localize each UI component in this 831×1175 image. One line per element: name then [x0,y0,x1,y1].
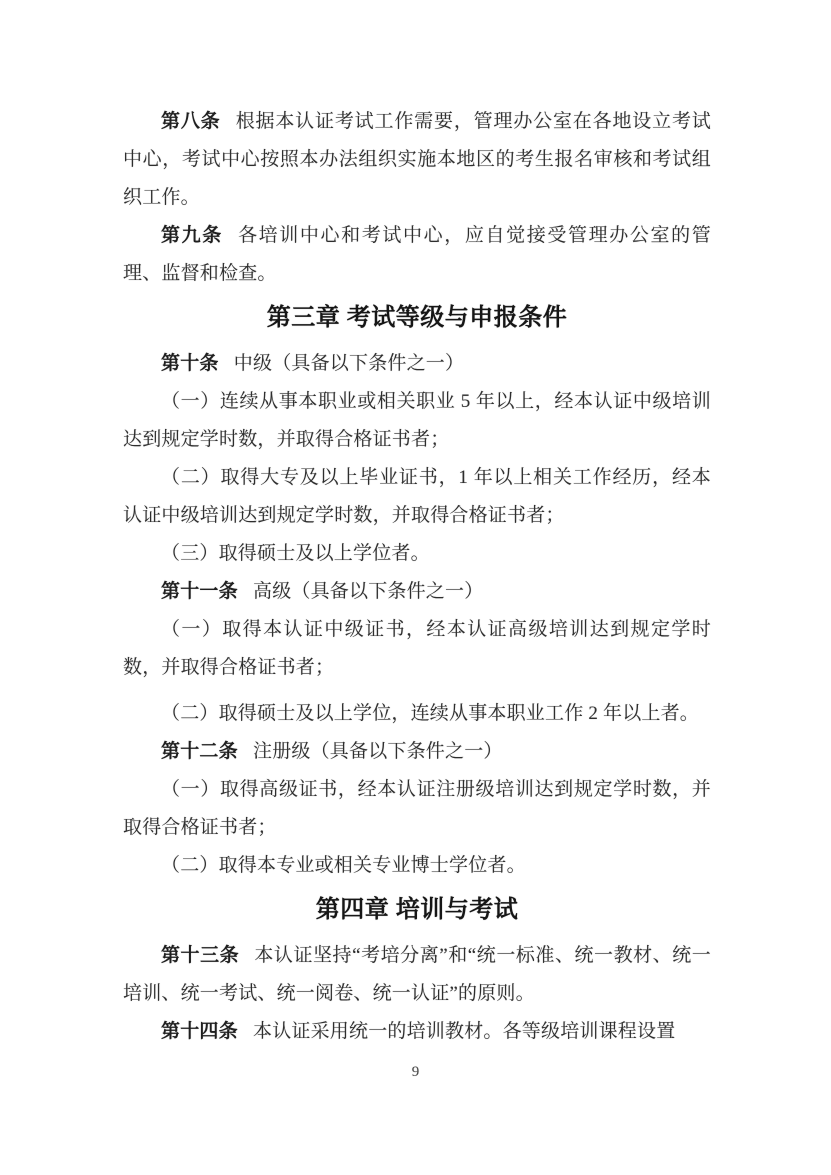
article-text: 本认证采用统一的培训教材。各等级培训课程设置 [253,1021,675,1042]
article-text: 注册级（具备以下条件之一） [253,741,503,762]
article-number: 第十三条 [161,945,239,966]
article-paragraph: 第八条根据本认证考试工作需要，管理办公室在各地设立考试中心，考试中心按照本办法组… [123,103,711,217]
article-paragraph: 第十一条高级（具备以下条件之一） [123,573,711,611]
article-paragraph: 第十条中级（具备以下条件之一） [123,345,711,383]
chapter-heading: 第四章 培训与考试 [123,890,711,930]
article-paragraph: 第十三条本认证坚持“考培分离”和“统一标准、统一教材、统一培训、统一考试、统一阅… [123,937,711,1013]
article-text: 高级（具备以下条件之一） [253,581,483,602]
article-number: 第十条 [161,353,219,374]
article-paragraph: 第十二条注册级（具备以下条件之一） [123,733,711,771]
article-number: 第十一条 [161,581,238,602]
clause-paragraph: （一）连续从事本职业或相关职业 5 年以上，经本认证中级培训达到规定学时数，并取… [123,383,711,459]
article-paragraph: 第十四条本认证采用统一的培训教材。各等级培训课程设置 [123,1013,711,1051]
article-text: 中级（具备以下条件之一） [234,353,464,374]
article-number: 第十四条 [161,1021,238,1042]
article-number: 第九条 [161,225,223,246]
clause-paragraph: （二）取得大专及以上毕业证书，1 年以上相关工作经历，经本认证中级培训达到规定学… [123,459,711,535]
article-number: 第十二条 [161,741,238,762]
clause-paragraph: （二）取得硕士及以上学位，连续从事本职业工作 2 年以上者。 [123,695,711,733]
article-number: 第八条 [161,111,221,132]
clause-paragraph: （一）取得高级证书，经本认证注册级培训达到规定学时数，并取得合格证书者； [123,771,711,847]
clause-paragraph: （二）取得本专业或相关专业博士学位者。 [123,847,711,885]
document-body: 第八条根据本认证考试工作需要，管理办公室在各地设立考试中心，考试中心按照本办法组… [123,103,711,1051]
chapter-heading: 第三章 考试等级与申报条件 [123,298,711,338]
article-paragraph: 第九条各培训中心和考试中心，应自觉接受管理办公室的管理、监督和检查。 [123,217,711,293]
document-page: 第八条根据本认证考试工作需要，管理办公室在各地设立考试中心，考试中心按照本办法组… [0,0,831,1175]
clause-paragraph: （一）取得本认证中级证书，经本认证高级培训达到规定学时数，并取得合格证书者； [123,611,711,687]
page-number: 9 [0,1062,831,1082]
clause-paragraph: （三）取得硕士及以上学位者。 [123,535,711,573]
